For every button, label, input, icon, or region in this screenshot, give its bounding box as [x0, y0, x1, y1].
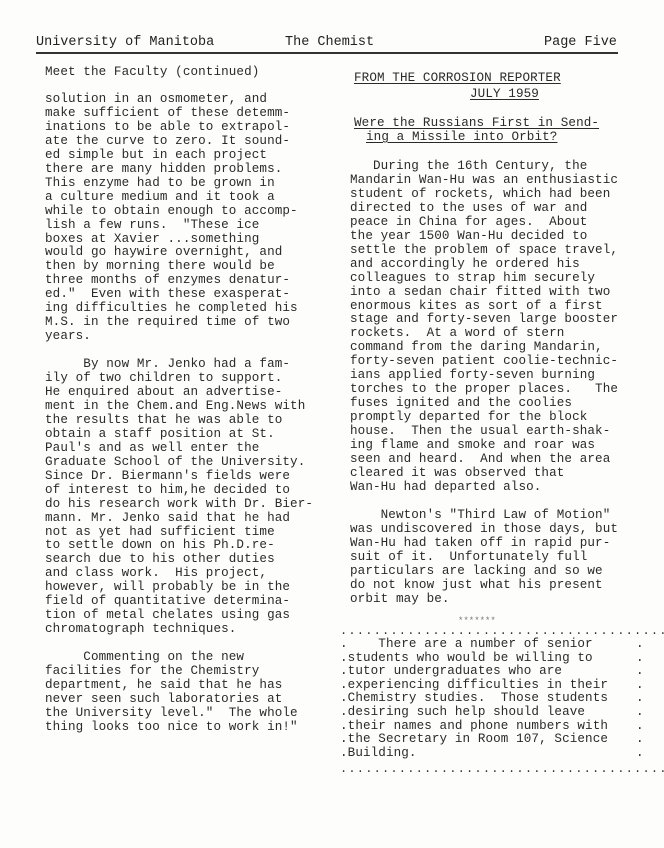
left-p1-line: of interest to him,he decided to [45, 484, 290, 498]
left-p1-line: By now Mr. Jenko had a fam- [45, 358, 290, 372]
header-rule [36, 52, 618, 54]
right-p1-line: was undiscovered in those days, but [350, 523, 618, 537]
header-university: University of Manitoba [36, 35, 214, 50]
right-p0-line: During the 16th Century, the [350, 160, 587, 174]
left-p0-line: then by morning there would be [45, 260, 275, 274]
left-p1-line: however, will probably be in the [45, 581, 290, 595]
right-p0-line: directed to the uses of war and [350, 202, 587, 216]
right-p0-line: stage and forty-seven large booster [350, 313, 618, 327]
right-p0-line: torches to the proper places. The [350, 383, 618, 397]
left-p0-line: This enzyme had to be grown in [45, 177, 275, 191]
notice-bottom-border: ....................................... [340, 762, 664, 776]
left-p0-line: M.S. in the required time of two [45, 316, 290, 330]
right-p1-line: do not know just what his present [350, 579, 603, 593]
left-p1-line: chromatograph techniques. [45, 623, 236, 637]
right-p1-line: Wan-Hu had taken off in rapid pur- [350, 537, 610, 551]
left-p1-line: tion of metal chelates using gas [45, 609, 290, 623]
left-p0-line: inations to be able to extrapol- [45, 121, 290, 135]
left-p2-line: thing looks too nice to work in!" [45, 721, 298, 735]
left-p1-line: mann. Mr. Jenko said that he had [45, 512, 290, 526]
left-p0-line: ing difficulties he completed his [45, 302, 298, 316]
left-p1-line: Graduate School of the University. [45, 456, 305, 470]
left-p1-line: the results that he was able to [45, 414, 282, 428]
right-p0-line: fuses ignited and the coolies [350, 397, 572, 411]
right-p0-line: command from the daring Mandarin, [350, 341, 603, 355]
left-p2-line: department, he said that he has [45, 679, 282, 693]
right-p1-line: particulars are lacking and so we [350, 565, 603, 579]
left-p1-line: Since Dr. Biermann's fields were [45, 470, 290, 484]
article-title-1: Were the Russians First in Send- [354, 117, 599, 131]
right-p0-line: into a sedan chair fitted with two [350, 286, 610, 300]
right-p0-line: promptly departed for the block [350, 411, 587, 425]
right-p0-line: settle the problem of space travel, [350, 244, 618, 258]
source-line: FROM THE CORROSION REPORTER [354, 72, 561, 86]
left-p1-line: field of quantitative determina- [45, 595, 290, 609]
left-p1-line: search due to his other duties [45, 553, 275, 567]
notice-right-border: . [636, 747, 644, 761]
left-p0-line: three months of enzymes denatur- [45, 274, 290, 288]
left-p2-line: Commenting on the new [45, 651, 244, 665]
left-p0-line: lish a few runs. "These ice [45, 219, 259, 233]
notice-right-border: . [636, 638, 644, 652]
left-p1-line: ily of two children to support. [45, 372, 282, 386]
header-page: Page Five [544, 35, 617, 50]
right-p0-line: forty-seven patient coolie-technic- [350, 355, 618, 369]
notice-line: .Building. [340, 747, 417, 761]
left-p0-line: would go haywire overnight, and [45, 246, 282, 260]
right-p0-line: student of rockets, which had been [350, 188, 610, 202]
right-p1-line: Newton's "Third Law of Motion" [350, 509, 610, 523]
right-p0-line: ing flame and smoke and roar was [350, 439, 595, 453]
right-p0-line: Mandarin Wan-Hu was an enthusiastic [350, 174, 618, 188]
right-p0-line: and accordingly he ordered his [350, 258, 580, 272]
right-p0-line: Wan-Hu had departed also. [350, 481, 541, 495]
left-p1-line: and class work. His project, [45, 567, 267, 581]
left-p0-line: ed simple but in each project [45, 149, 267, 163]
left-heading: Meet the Faculty (continued) [45, 66, 259, 80]
right-p1-line: orbit may be. [350, 593, 450, 607]
notice-top-border: ....................................... [340, 624, 664, 638]
left-p2-line: facilities for the Chemistry [45, 665, 259, 679]
notice-right-border: . [636, 706, 644, 720]
right-p0-line: peace in China for ages. About [350, 216, 587, 230]
source-date: JULY 1959 [470, 88, 539, 102]
article-title-2: ing a Missile into Orbit? [366, 131, 557, 145]
right-p1-line: suit of it. Unfortunately full [350, 551, 587, 565]
left-p1-line: Paul's and as well enter the [45, 442, 259, 456]
left-p0-line: make sufficient of these detemm- [45, 107, 290, 121]
left-p2-line: the University level." The whole [45, 707, 298, 721]
header-publication: The Chemist [285, 35, 374, 50]
left-p0-line: boxes at Xavier ...something [45, 233, 259, 247]
left-p0-line: solution in an osmometer, and [45, 93, 267, 107]
notice-line: .desiring such help should leave [340, 706, 585, 720]
right-p0-line: ians applied forty-seven burning [350, 369, 595, 383]
left-p0-line: there are many hidden problems. [45, 163, 282, 177]
left-p1-line: ment in the Chem.and Eng.News with [45, 400, 305, 414]
left-p1-line: do his research work with Dr. Bier- [45, 498, 313, 512]
right-p0-line: seen and heard. And when the area [350, 453, 610, 467]
left-p0-line: ate the curve to zero. It sound- [45, 135, 290, 149]
notice-line: . There are a number of senior [340, 638, 593, 652]
left-p1-line: not as yet had sufficient time [45, 526, 275, 540]
right-p0-line: rockets. At a word of stern [350, 327, 564, 341]
left-p1-line: obtain a staff position at St. [45, 428, 275, 442]
left-p0-line: a culture medium and it took a [45, 191, 275, 205]
right-p0-line: cleared it was observed that [350, 467, 564, 481]
right-p0-line: colleagues to strap him securely [350, 272, 595, 286]
left-p0-line: while to obtain enough to accomp- [45, 205, 298, 219]
left-p0-line: years. [45, 330, 91, 344]
left-p0-line: ed." Even with these exasperat- [45, 288, 290, 302]
left-p1-line: He enquired about an advertise- [45, 386, 282, 400]
left-p1-line: to settle down on his Ph.D.re- [45, 539, 275, 553]
right-p0-line: house. Then the usual earth-shak- [350, 425, 610, 439]
left-p2-line: never seen such laboratories at [45, 693, 282, 707]
right-p0-line: enormous kites as sort of a first [350, 300, 603, 314]
right-p0-line: the year 1500 Wan-Hu decided to [350, 230, 587, 244]
